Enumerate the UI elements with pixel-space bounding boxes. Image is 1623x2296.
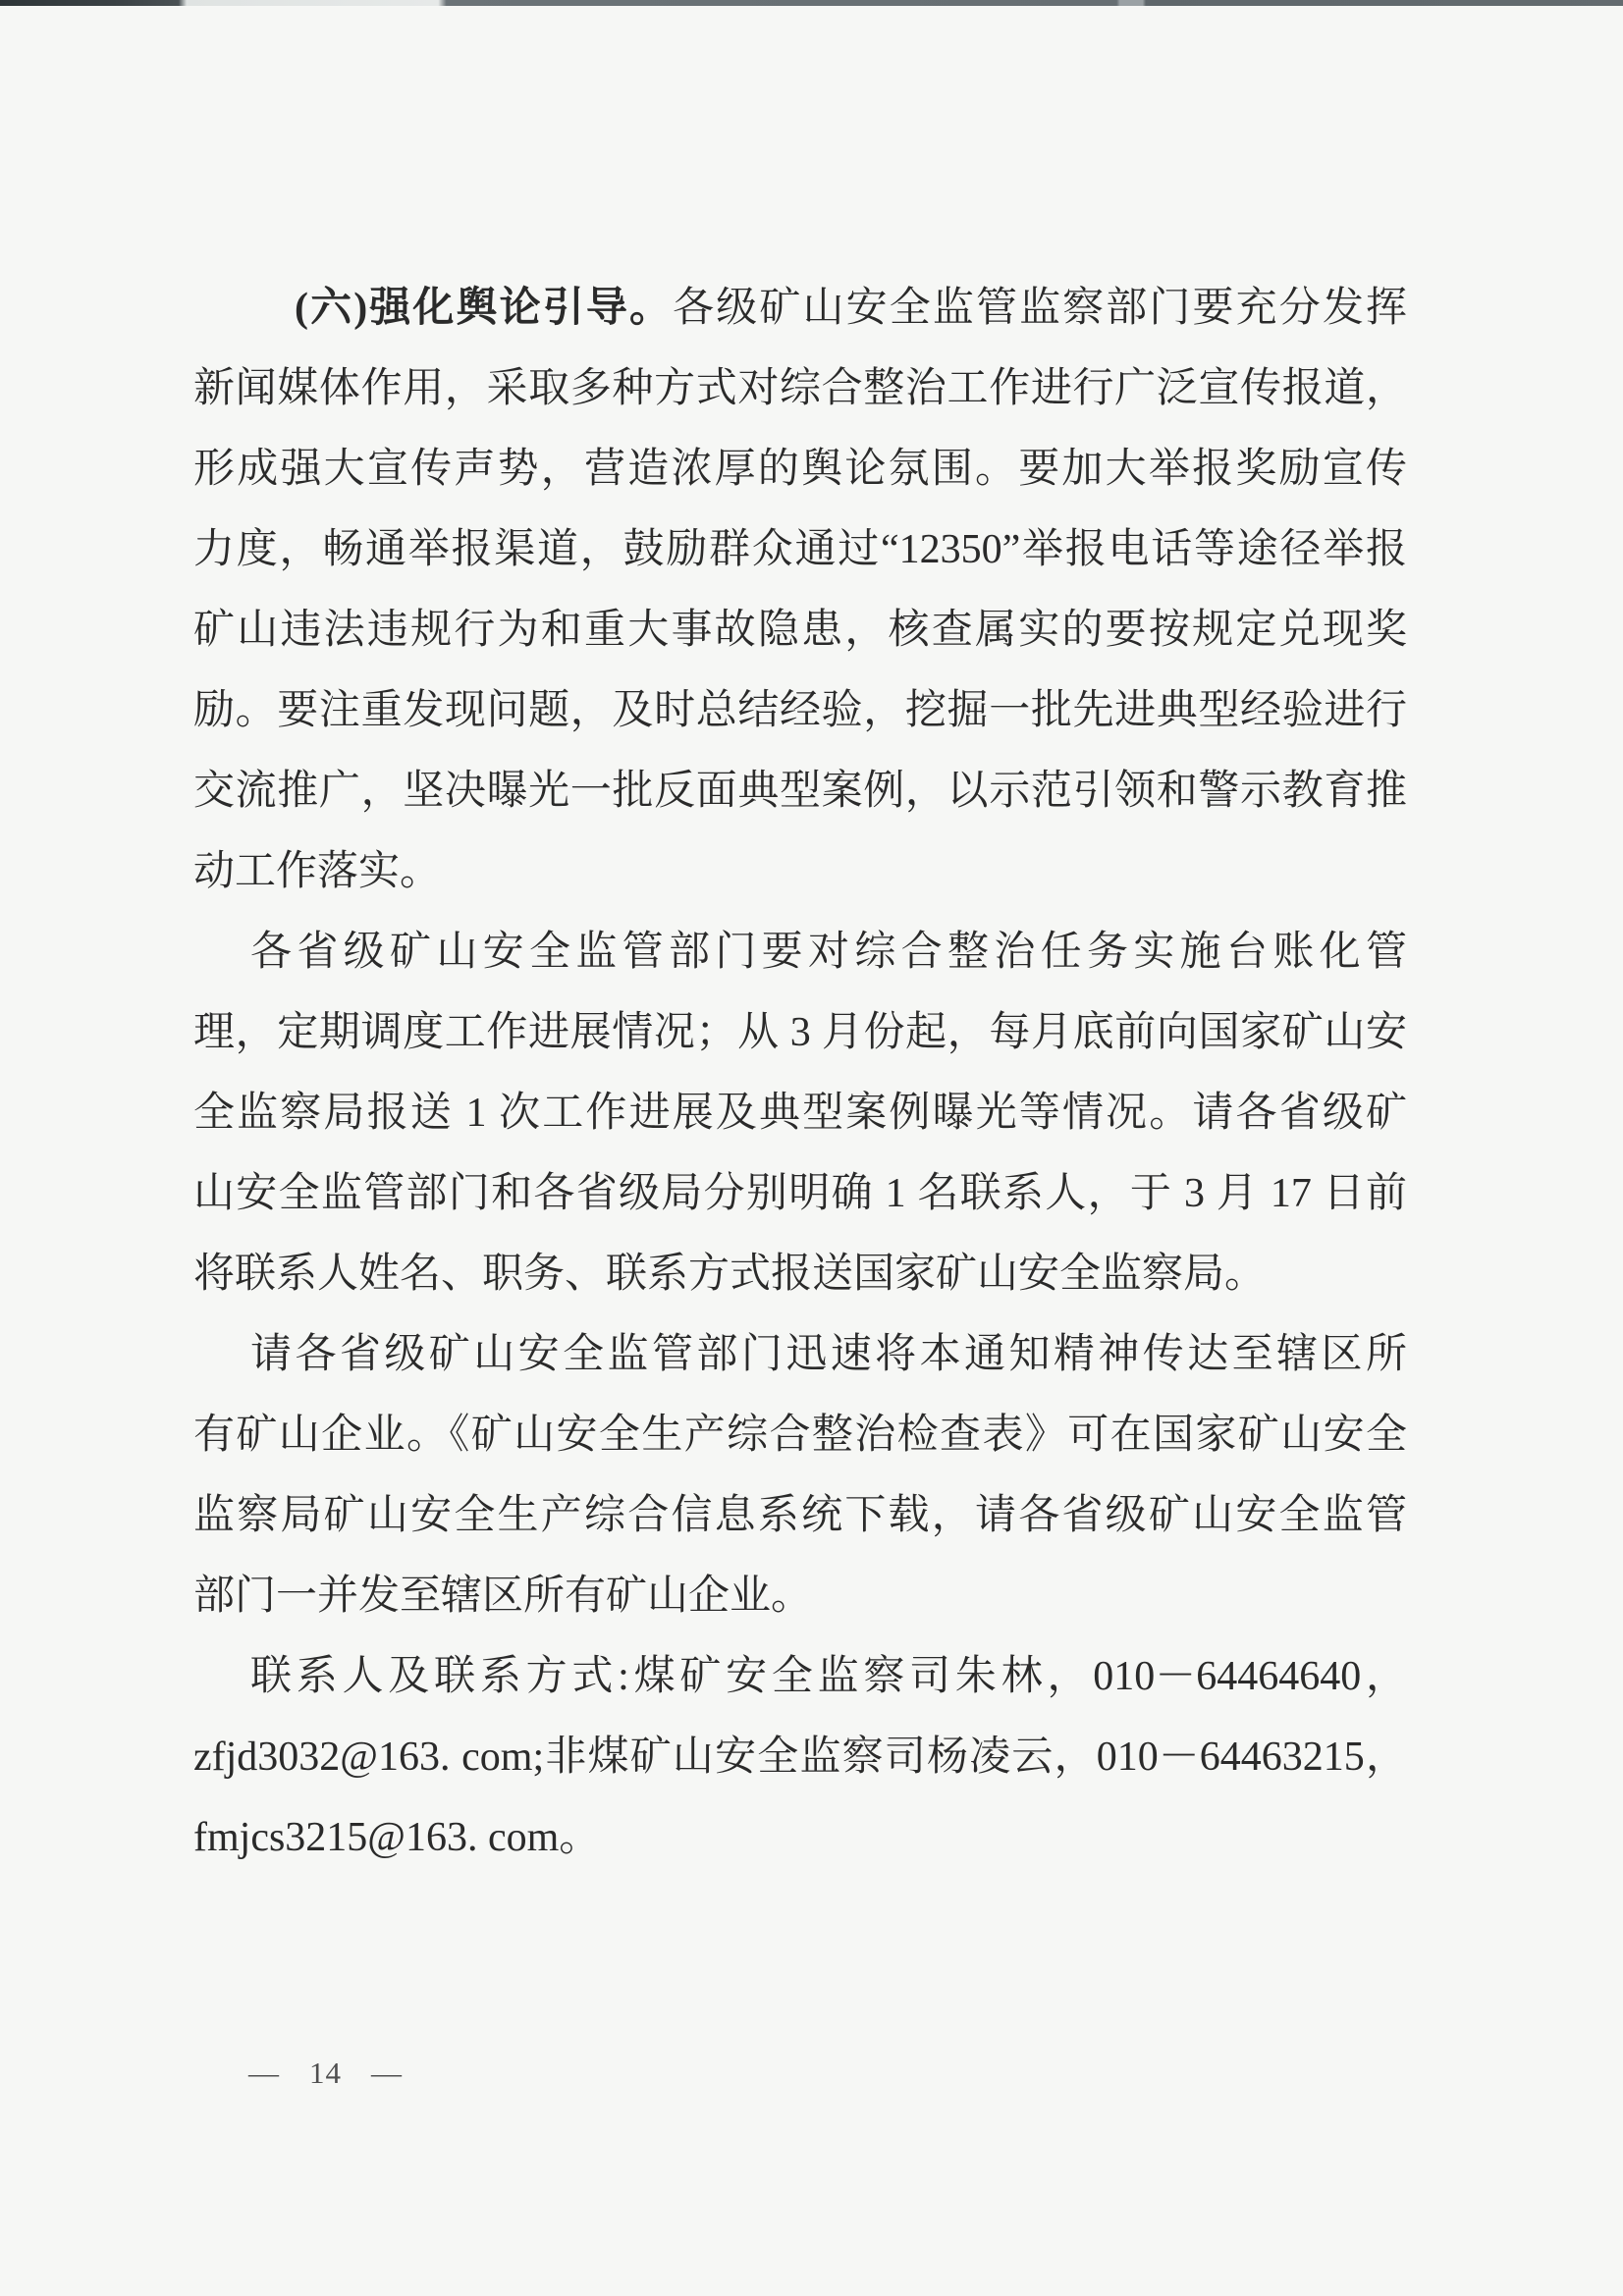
footer-dash-left: — bbox=[248, 2056, 280, 2091]
document-page: (六)强化舆论引导。各级矿山安全监管监察部门要充分发挥新闻媒体作用，采取多种方式… bbox=[0, 0, 1623, 2296]
body-text: 有矿山企业。《矿山安全生产综合整治检查表》可在国家矿山安全 bbox=[193, 1413, 1407, 1458]
text-line: (六)强化舆论引导。各级矿山安全监管监察部门要充分发挥 bbox=[193, 268, 1407, 348]
body-text: 励。要注重发现问题，及时总结经验，挖掘一批先进典型经验进行 bbox=[193, 688, 1407, 733]
body-text: 联系人及联系方式:煤矿安全监察司朱林，010－64464640， bbox=[250, 1654, 1407, 1699]
text-line: 山安全监管部门和各省级局分别明确 1 名联系人，于 3 月 17 日前 bbox=[193, 1153, 1407, 1234]
text-line: fmjcs3215@163. com。 bbox=[193, 1797, 1407, 1878]
text-line: 新闻媒体作用，采取多种方式对综合整治工作进行广泛宣传报道， bbox=[193, 348, 1407, 429]
text-line: 动工作落实。 bbox=[193, 831, 1407, 912]
text-line: zfjd3032@163. com;非煤矿山安全监察司杨凌云，010－64463… bbox=[193, 1717, 1407, 1797]
text-line: 形成强大宣传声势，营造浓厚的舆论氛围。要加大举报奖励宣传 bbox=[193, 429, 1407, 509]
body-text: 各级矿山安全监管监察部门要充分发挥 bbox=[673, 286, 1407, 331]
text-line: 请各省级矿山安全监管部门迅速将本通知精神传达至辖区所 bbox=[193, 1314, 1407, 1395]
body-text: 动工作落实。 bbox=[193, 849, 441, 894]
body-text: 将联系人姓名、职务、联系方式报送国家矿山安全监察局。 bbox=[193, 1252, 1266, 1297]
text-line: 部门一并发至辖区所有矿山企业。 bbox=[193, 1556, 1407, 1636]
text-line: 联系人及联系方式:煤矿安全监察司朱林，010－64464640， bbox=[193, 1636, 1407, 1717]
body-text: 力度，畅通举报渠道，鼓励群众通过“12350”举报电话等途径举报 bbox=[193, 527, 1407, 572]
page-number: 14 bbox=[309, 2056, 342, 2091]
body-text: fmjcs3215@163. com。 bbox=[193, 1815, 600, 1860]
body-text: 山安全监管部门和各省级局分别明确 1 名联系人，于 3 月 17 日前 bbox=[193, 1171, 1407, 1216]
body-text: 理，定期调度工作进展情况；从 3 月份起，每月底前向国家矿山安 bbox=[193, 1010, 1407, 1055]
text-line: 监察局矿山安全生产综合信息系统下载，请各省级矿山安全监管 bbox=[193, 1475, 1407, 1556]
document-body: (六)强化舆论引导。各级矿山安全监管监察部门要充分发挥新闻媒体作用，采取多种方式… bbox=[193, 268, 1407, 1878]
body-text: 矿山违法违规行为和重大事故隐患，核查属实的要按规定兑现奖 bbox=[193, 608, 1407, 653]
text-line: 理，定期调度工作进展情况；从 3 月份起，每月底前向国家矿山安 bbox=[193, 992, 1407, 1073]
body-text: 各省级矿山安全监管部门要对综合整治任务实施台账化管 bbox=[250, 930, 1407, 975]
text-line: 励。要注重发现问题，及时总结经验，挖掘一批先进典型经验进行 bbox=[193, 670, 1407, 751]
body-text: 交流推广，坚决曝光一批反面典型案例，以示范引领和警示教育推 bbox=[193, 769, 1407, 814]
text-line: 矿山违法违规行为和重大事故隐患，核查属实的要按规定兑现奖 bbox=[193, 590, 1407, 670]
body-text: 全监察局报送 1 次工作进展及典型案例曝光等情况。请各省级矿 bbox=[193, 1091, 1407, 1136]
body-text: 请各省级矿山安全监管部门迅速将本通知精神传达至辖区所 bbox=[250, 1332, 1407, 1377]
body-text: 监察局矿山安全生产综合信息系统下载，请各省级矿山安全监管 bbox=[193, 1493, 1407, 1538]
body-text: zfjd3032@163. com;非煤矿山安全监察司杨凌云，010－64463… bbox=[193, 1735, 1407, 1780]
footer-dash-right: — bbox=[371, 2056, 403, 2091]
body-text: 部门一并发至辖区所有矿山企业。 bbox=[193, 1574, 812, 1619]
text-line: 交流推广，坚决曝光一批反面典型案例，以示范引领和警示教育推 bbox=[193, 751, 1407, 831]
page-footer: — 14 — bbox=[248, 2056, 403, 2091]
text-line: 各省级矿山安全监管部门要对综合整治任务实施台账化管 bbox=[193, 912, 1407, 992]
text-line: 力度，畅通举报渠道，鼓励群众通过“12350”举报电话等途径举报 bbox=[193, 509, 1407, 590]
text-line: 有矿山企业。《矿山安全生产综合整治检查表》可在国家矿山安全 bbox=[193, 1395, 1407, 1475]
text-line: 将联系人姓名、职务、联系方式报送国家矿山安全监察局。 bbox=[193, 1234, 1407, 1314]
scan-artifact-bar bbox=[0, 0, 1623, 6]
body-text: 新闻媒体作用，采取多种方式对综合整治工作进行广泛宣传报道， bbox=[193, 366, 1407, 411]
section-heading-text: (六)强化舆论引导。 bbox=[295, 286, 673, 331]
text-line: 全监察局报送 1 次工作进展及典型案例曝光等情况。请各省级矿 bbox=[193, 1073, 1407, 1153]
body-text: 形成强大宣传声势，营造浓厚的舆论氛围。要加大举报奖励宣传 bbox=[193, 447, 1407, 492]
